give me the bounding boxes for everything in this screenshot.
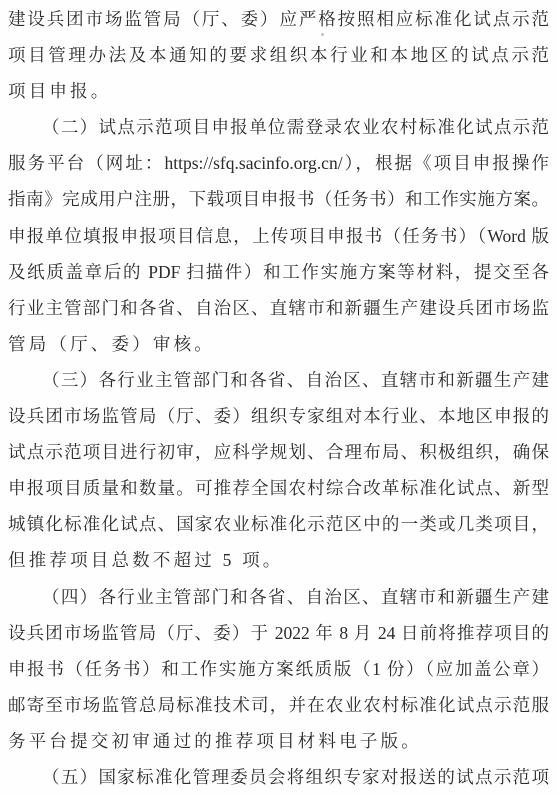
text-line: 但推荐项目总数不超过 5 项。 [8,542,549,578]
text-line: 申报单位填报申报项目信息，上传项目申报书（任务书）（Word 版 [8,218,549,254]
text-line: 及纸质盖章后的 PDF 扫描件）和工作实施方案等材料，提交至各 [8,254,549,290]
text-line: 务平台提交初审通过的推荐项目材料电子版。 [8,723,549,759]
text-line: 行业主管部门和各省、自治区、直辖市和新疆生产建设兵团市场监 [8,290,549,326]
document-page: 建设兵团市场监管局（厅、委）应严格按照相应标准化试点示范项目管理办法及本通知的要… [0,0,557,795]
text-line: 服务平台（网址：https://sfq.sacinfo.org.cn/），根据《… [8,145,549,181]
text-line: （二）试点示范项目申报单位需登录农业农村标准化试点示范 [8,109,549,145]
text-line: 试点示范项目进行初审，应科学规划、合理布局、积极组织，确保 [8,434,549,470]
text-line: 项目管理办法及本通知的要求组织本行业和本地区的试点示范 [8,37,549,73]
text-line: 指南》完成用户注册，下载项目申报书（任务书）和工作实施方案。 [8,181,549,217]
text-line: （五）国家标准化管理委员会将组织专家对报送的试点示范项 [8,759,549,795]
text-line: 申报项目质量和数量。可推荐全国农村综合改革标准化试点、新型 [8,470,549,506]
text-line: 管局（厅、委）审核。 [8,326,549,362]
text-line: 设兵团市场监管局（厅、委）组织专家组对本行业、本地区申报的 [8,398,549,434]
text-line: （四）各行业主管部门和各省、自治区、直辖市和新疆生产建 [8,579,549,615]
text-line: 申报书（任务书）和工作实施方案纸质版（1 份）（应加盖公章） [8,651,549,687]
document-text-block: 建设兵团市场监管局（厅、委）应严格按照相应标准化试点示范项目管理办法及本通知的要… [8,1,549,795]
text-line: 建设兵团市场监管局（厅、委）应严格按照相应标准化试点示范 [8,1,549,37]
text-line: 城镇化标准化试点、国家农业标准化示范区中的一类或几类项目， [8,506,549,542]
text-line: （三）各行业主管部门和各省、自治区、直辖市和新疆生产建 [8,362,549,398]
text-line: 项目申报。 [8,73,549,109]
text-line: 邮寄至市场监管总局标准技术司，并在农业农村标准化试点示范服 [8,687,549,723]
text-line: 设兵团市场监管局（厅、委）于 2022 年 8 月 24 日前将推荐项目的 [8,615,549,651]
